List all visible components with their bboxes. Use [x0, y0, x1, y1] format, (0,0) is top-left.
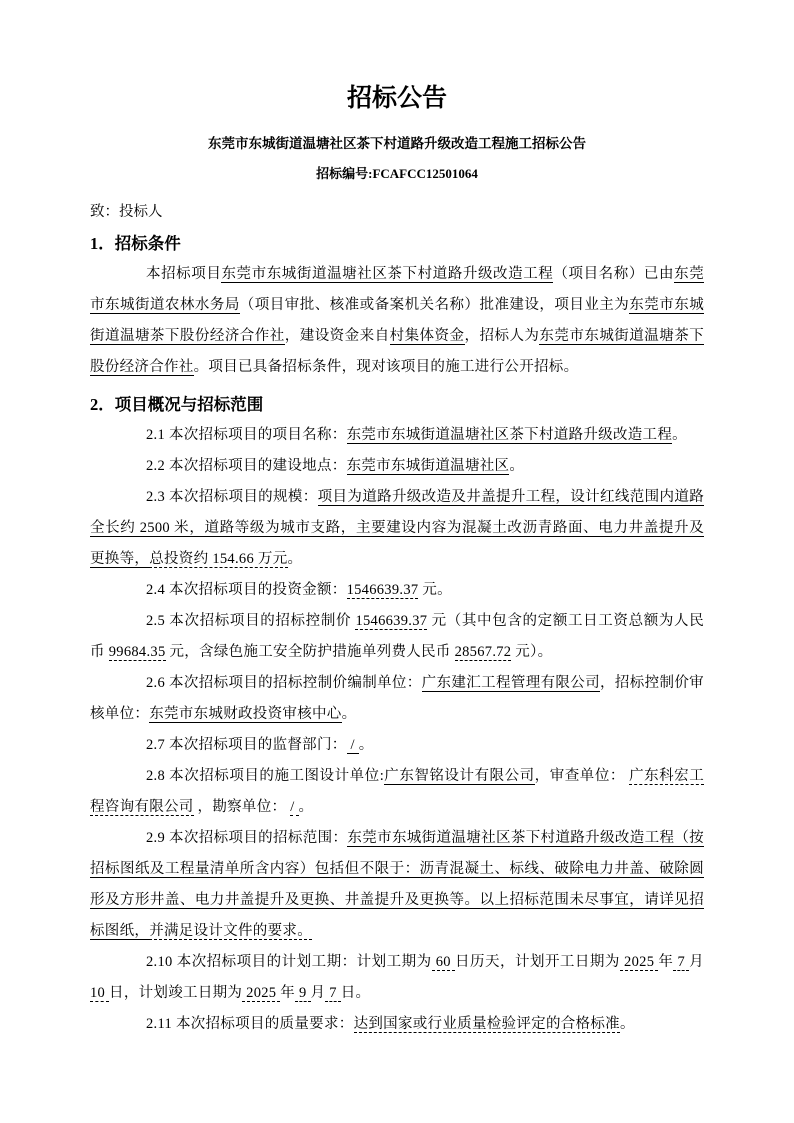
- paragraph: 2.7 本次招标项目的监督部门： / 。: [90, 730, 704, 761]
- text-run: （项目名称）已由: [553, 266, 674, 282]
- text-run: 2025: [620, 954, 658, 971]
- text-run: 2.11 本次招标项目的质量要求：: [146, 1016, 354, 1032]
- doc-subtitle: 东莞市东城街道温塘社区茶下村道路升级改造工程施工招标公告: [90, 135, 704, 152]
- text-run: 7: [673, 954, 689, 971]
- text-run: 2.2 本次招标项目的建设地点：: [146, 458, 347, 474]
- text-run: 2.4 本次招标项目的投资金额：: [146, 582, 347, 598]
- text-run: 元）。: [511, 644, 552, 660]
- text-run: 99684.35: [109, 644, 166, 661]
- text-run: 28567.72: [455, 644, 512, 661]
- text-run: 本招标项目: [146, 266, 221, 282]
- text-run: 元。: [418, 582, 452, 598]
- text-run: 2.9 本次招标项目的招标范围：: [146, 830, 347, 846]
- text-run: 2.3 本次招标项目的规模：: [146, 489, 318, 505]
- text-run: 7: [325, 985, 340, 1002]
- text-run: ，勘察单位：: [194, 799, 291, 815]
- text-run: 广东建汇工程管理有限公司: [422, 675, 600, 692]
- text-run: 月: [311, 985, 326, 1001]
- text-run: 日历天，计划开工日期为: [455, 954, 620, 970]
- text-run: 9: [295, 985, 310, 1002]
- text-run: 东莞市东城街道温塘社区: [347, 458, 510, 475]
- text-run: 。: [359, 737, 374, 753]
- text-run: 2.7 本次招标项目的监督部门：: [146, 737, 347, 753]
- paragraph: 2.6 本次招标项目的招标控制价编制单位：广东建汇工程管理有限公司，招标控制价审…: [90, 668, 704, 730]
- text-run: 60: [432, 954, 455, 971]
- text-run: 广东智铭设计有限公司: [384, 768, 535, 785]
- paragraph: 2.10 本次招标项目的计划工期：计划工期为 60 日历天，计划开工日期为 20…: [90, 947, 704, 1009]
- text-run: 东莞市东城财政投资审核中心: [149, 706, 341, 723]
- tender-number-value: FCAFCC12501064: [372, 166, 477, 181]
- text-run: 。: [342, 706, 357, 722]
- text-run: 10: [90, 985, 109, 1002]
- text-run: ，审查单位：: [535, 768, 629, 784]
- text-run: 2.8 本次招标项目的施工图设计单位:: [146, 768, 384, 784]
- paragraph: 本招标项目东莞市东城街道温塘社区茶下村道路升级改造工程（项目名称）已由东莞市东城…: [90, 259, 704, 383]
- text-run: ，招标人为: [465, 328, 540, 344]
- text-run: 村集体资金: [390, 328, 465, 345]
- paragraph: 2.3 本次招标项目的规模：项目为道路升级改造及井盖提升工程，设计红线范围内道路…: [90, 482, 704, 575]
- text-run: 2.1 本次招标项目的项目名称：: [146, 427, 347, 443]
- text-run: 元，含绿色施工安全防护措施单列费人民币: [166, 644, 455, 660]
- text-run: 2025: [242, 985, 280, 1002]
- text-run: 。: [672, 427, 687, 443]
- tender-number-line: 招标编号:FCAFCC12501064: [90, 165, 704, 182]
- text-run: 日，计划竣工日期为: [109, 985, 242, 1001]
- text-run: 。项目已具备招标条件，现对该项目的施工进行公开招标。: [194, 359, 579, 375]
- text-run: （项目审批、核准或备案机关名称）批准建设，项目业主为: [240, 297, 629, 313]
- text-run: 总投资约 154.66 万元: [149, 551, 287, 568]
- paragraph: 2.2 本次招标项目的建设地点：东莞市东城街道温塘社区。: [90, 451, 704, 482]
- text-run: 2.6 本次招标项目的招标控制价编制单位：: [146, 675, 422, 691]
- text-run: 并满足设计文件的要求。: [149, 923, 312, 940]
- sections-container: 1．招标条件本招标项目东莞市东城街道温塘社区茶下村道路升级改造工程（项目名称）已…: [90, 228, 704, 1040]
- text-run: 2.5 本次招标项目的招标控制价: [146, 613, 355, 629]
- section-heading: 2．项目概况与招标范围: [90, 389, 704, 420]
- text-run: 。: [620, 1016, 635, 1032]
- salutation: 致：投标人: [90, 197, 704, 228]
- text-run: 。: [299, 799, 314, 815]
- text-run: 月: [689, 954, 704, 970]
- paragraph: 2.9 本次招标项目的招标范围：东莞市东城街道温塘社区茶下村道路升级改造工程（按…: [90, 823, 704, 947]
- text-run: 1546639.37: [355, 613, 427, 630]
- text-run: ，建设资金来自: [285, 328, 390, 344]
- tender-number-label: 招标编号:: [316, 166, 372, 181]
- section-heading: 1．招标条件: [90, 228, 704, 259]
- paragraph: 2.5 本次招标项目的招标控制价 1546639.37 元（其中包含的定额工日工…: [90, 606, 704, 668]
- text-run: 1546639.37: [347, 582, 419, 599]
- text-run: 东莞市东城街道温塘社区茶下村道路升级改造工程: [347, 427, 673, 444]
- text-run: 日。: [341, 985, 371, 1001]
- text-run: 2.10 本次招标项目的计划工期：计划工期为: [146, 954, 432, 970]
- text-run: /: [347, 737, 359, 754]
- paragraph: 2.1 本次招标项目的项目名称：东莞市东城街道温塘社区茶下村道路升级改造工程。: [90, 420, 704, 451]
- doc-title: 招标公告: [90, 84, 704, 114]
- paragraph: 2.4 本次招标项目的投资金额：1546639.37 元。: [90, 575, 704, 606]
- paragraph: 2.11 本次招标项目的质量要求：达到国家或行业质量检验评定的合格标准。: [90, 1009, 704, 1040]
- text-run: /: [290, 799, 298, 816]
- text-run: 年: [280, 985, 295, 1001]
- text-run: 达到国家或行业质量检验评定的合格标准: [354, 1016, 620, 1033]
- text-run: 。: [288, 551, 303, 567]
- paragraph: 2.8 本次招标项目的施工图设计单位:广东智铭设计有限公司，审查单位： 广东科宏…: [90, 761, 704, 823]
- text-run: 年: [658, 954, 673, 970]
- text-run: 东莞市东城街道温塘社区茶下村道路升级改造工程: [221, 266, 553, 283]
- text-run: 。: [509, 458, 524, 474]
- document-page: 招标公告 东莞市东城街道温塘社区茶下村道路升级改造工程施工招标公告 招标编号:F…: [0, 0, 794, 1123]
